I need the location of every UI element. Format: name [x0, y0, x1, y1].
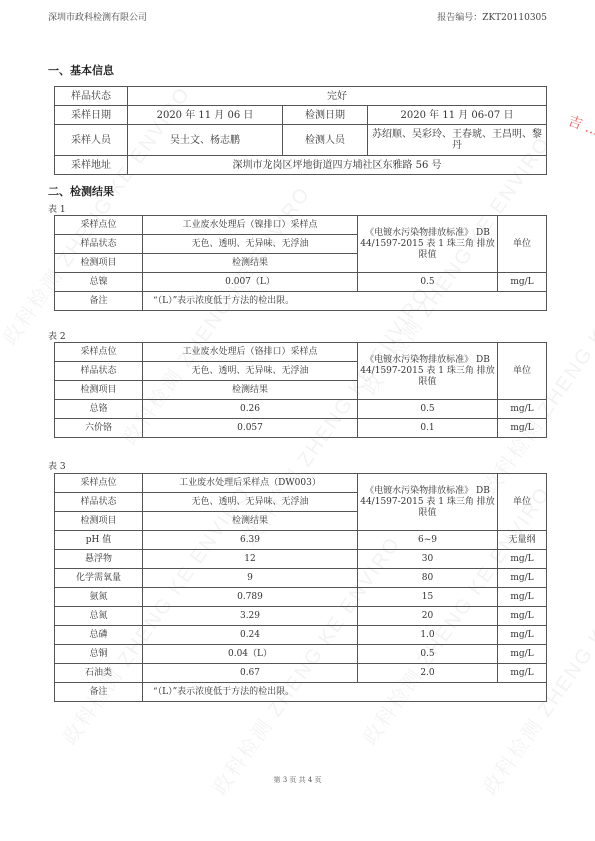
table-row: 总铬0.260.5mg/L [55, 400, 547, 419]
table-cell: 30 [358, 550, 498, 569]
table-cell: 石油类 [55, 664, 143, 683]
table-cell: mg/L [498, 645, 547, 664]
table-cell: 《电镀水污染物排放标准》 DB 44/1597-2015 表 1 珠三角 排放限… [358, 343, 498, 400]
table-header-row: 备注“（L）”表示浓度低于方法的检出限。 [55, 292, 547, 311]
table-cell: 2020 年 11 月 06-07 日 [368, 106, 547, 125]
table-cell: 单位 [498, 343, 547, 400]
table-cell: 六价铬 [55, 419, 143, 438]
table-cell: 检测项目 [55, 512, 143, 531]
table-cell: 0.1 [358, 419, 498, 438]
table-cell: 采样点位 [55, 474, 143, 493]
table-cell: 采样人员 [55, 125, 128, 156]
table-cell: 检测项目 [55, 254, 143, 273]
table-cell: 总铬 [55, 400, 143, 419]
table-cell: 检测人员 [283, 125, 368, 156]
table-cell: 0.5 [358, 645, 498, 664]
table-cell: mg/L [498, 569, 547, 588]
red-seal-stamp: 吉 ... 新 [541, 110, 595, 215]
table-cell: 检测项目 [55, 381, 143, 400]
table-cell: 样品状态 [55, 493, 143, 512]
table-row: 总镍0.007（L）0.5mg/L [55, 273, 547, 292]
table-cell: 悬浮物 [55, 550, 143, 569]
table-cell: “（L）”表示浓度低于方法的检出限。 [143, 292, 547, 311]
table3: 采样点位工业废水处理后采样点（DW003）《电镀水污染物排放标准》 DB 44/… [54, 473, 547, 702]
table-row: 化学需氧量980mg/L [55, 569, 547, 588]
table-cell: 80 [358, 569, 498, 588]
table-row: 石油类0.672.0mg/L [55, 664, 547, 683]
section-results-title: 二、检测结果 [48, 183, 114, 199]
table-cell: 检测结果 [143, 381, 358, 400]
table-cell: 工业废水处理后（铬排口）采样点 [143, 343, 358, 362]
table-cell: 备注 [55, 683, 143, 702]
table1: 采样点位工业废水处理后（镍排口）采样点《电镀水污染物排放标准》 DB 44/15… [54, 215, 547, 311]
table-row: 总氮3.2920mg/L [55, 607, 547, 626]
table-cell: 《电镀水污染物排放标准》 DB 44/1597-2015 表 1 珠三角 排放限… [358, 216, 498, 273]
table-cell: 0.24 [143, 626, 358, 645]
table-row: 总磷0.241.0mg/L [55, 626, 547, 645]
table-cell: 6~9 [358, 531, 498, 550]
table-cell: mg/L [498, 273, 547, 292]
table-cell: mg/L [498, 626, 547, 645]
table-cell: 0.789 [143, 588, 358, 607]
table-cell: 工业废水处理后采样点（DW003） [143, 474, 358, 493]
table-cell: 工业废水处理后（镍排口）采样点 [143, 216, 358, 235]
table-cell: 总铜 [55, 645, 143, 664]
report-number: 报告编号：ZKT20110305 [437, 10, 547, 23]
table-cell: 0.5 [358, 400, 498, 419]
table-header-row: 采样地址深圳市龙岗区坪地街道四方埔社区东雅路 56 号 [55, 156, 547, 175]
table-cell: mg/L [498, 607, 547, 626]
table-cell: 总磷 [55, 626, 143, 645]
table-row: pH 值6.396~9无量纲 [55, 531, 547, 550]
table-cell: 《电镀水污染物排放标准》 DB 44/1597-2015 表 1 珠三角 排放限… [358, 474, 498, 531]
table-cell: 15 [358, 588, 498, 607]
page-number: 第 3 页 共 4 页 [0, 775, 595, 785]
table-row: 六价铬0.0570.1mg/L [55, 419, 547, 438]
table-cell: 无色、透明、无异味、无浮油 [143, 235, 358, 254]
table1-caption: 表 1 [48, 202, 66, 215]
table-header-row: 采样点位工业废水处理后（镍排口）采样点《电镀水污染物排放标准》 DB 44/15… [55, 216, 547, 235]
table-cell: 9 [143, 569, 358, 588]
table-cell: mg/L [498, 588, 547, 607]
table-cell: 1.0 [358, 626, 498, 645]
table-cell: 氨氮 [55, 588, 143, 607]
company-name: 深圳市政科检测有限公司 [48, 10, 147, 23]
basic-info-table: 样品状态完好 采样日期2020 年 11 月 06 日检测日期2020 年 11… [54, 86, 547, 175]
table-row: 总铜0.04（L）0.5mg/L [55, 645, 547, 664]
table-cell: mg/L [498, 664, 547, 683]
table-cell: 无色、透明、无异味、无浮油 [143, 362, 358, 381]
table-cell: 0.007（L） [143, 273, 358, 292]
table-cell: 6.39 [143, 531, 358, 550]
table-cell: 20 [358, 607, 498, 626]
table-cell: 采样点位 [55, 216, 143, 235]
table-cell: 2020 年 11 月 06 日 [128, 106, 283, 125]
table-cell: pH 值 [55, 531, 143, 550]
table-cell: mg/L [498, 400, 547, 419]
table-cell: 样品状态 [55, 235, 143, 254]
table-header-row: 样品状态完好 [55, 87, 547, 106]
table-cell: mg/L [498, 419, 547, 438]
table-cell: 2.0 [358, 664, 498, 683]
table-header-row: 采样点位工业废水处理后采样点（DW003）《电镀水污染物排放标准》 DB 44/… [55, 474, 547, 493]
table-header-row: 采样日期2020 年 11 月 06 日检测日期2020 年 11 月 06-0… [55, 106, 547, 125]
table-cell: 检测结果 [143, 512, 358, 531]
table-cell: 单位 [498, 474, 547, 531]
table-header-row: 采样点位工业废水处理后（铬排口）采样点《电镀水污染物排放标准》 DB 44/15… [55, 343, 547, 362]
table-cell: 12 [143, 550, 358, 569]
table-cell: 备注 [55, 292, 143, 311]
table-cell: 总氮 [55, 607, 143, 626]
table-cell: 单位 [498, 216, 547, 273]
table-cell: 完好 [128, 87, 547, 106]
table-cell: 0.26 [143, 400, 358, 419]
table-cell: 苏绍顺、吴彩玲、王春琥、王昌明、黎丹 [368, 125, 547, 156]
table3-caption: 表 3 [48, 459, 66, 472]
section-basic-info-title: 一、基本信息 [48, 62, 114, 78]
table-cell: 吴土文、杨志鹏 [128, 125, 283, 156]
table-cell: 3.29 [143, 607, 358, 626]
table-cell: 无量纲 [498, 531, 547, 550]
table-cell: 采样点位 [55, 343, 143, 362]
table-cell: 检测日期 [283, 106, 368, 125]
table-cell: 采样日期 [55, 106, 128, 125]
table-cell: 检测结果 [143, 254, 358, 273]
table2-caption: 表 2 [48, 329, 66, 342]
table-cell: 样品状态 [55, 362, 143, 381]
table-cell: 深圳市龙岗区坪地街道四方埔社区东雅路 56 号 [128, 156, 547, 175]
table-cell: 无色、透明、无异味、无浮油 [143, 493, 358, 512]
table-cell: 总镍 [55, 273, 143, 292]
table-cell: mg/L [498, 550, 547, 569]
table-cell: “（L）”表示浓度低于方法的检出限。 [143, 683, 547, 702]
table-cell: 0.5 [358, 273, 498, 292]
table-header-row: 备注“（L）”表示浓度低于方法的检出限。 [55, 683, 547, 702]
table-cell: 采样地址 [55, 156, 128, 175]
table-cell: 0.057 [143, 419, 358, 438]
table-row: 悬浮物1230mg/L [55, 550, 547, 569]
table-cell: 样品状态 [55, 87, 128, 106]
table2: 采样点位工业废水处理后（铬排口）采样点《电镀水污染物排放标准》 DB 44/15… [54, 342, 547, 438]
table-cell: 0.67 [143, 664, 358, 683]
table-header-row: 采样人员吴土文、杨志鹏检测人员苏绍顺、吴彩玲、王春琥、王昌明、黎丹 [55, 125, 547, 156]
table-cell: 化学需氧量 [55, 569, 143, 588]
table-row: 氨氮0.78915mg/L [55, 588, 547, 607]
table-cell: 0.04（L） [143, 645, 358, 664]
